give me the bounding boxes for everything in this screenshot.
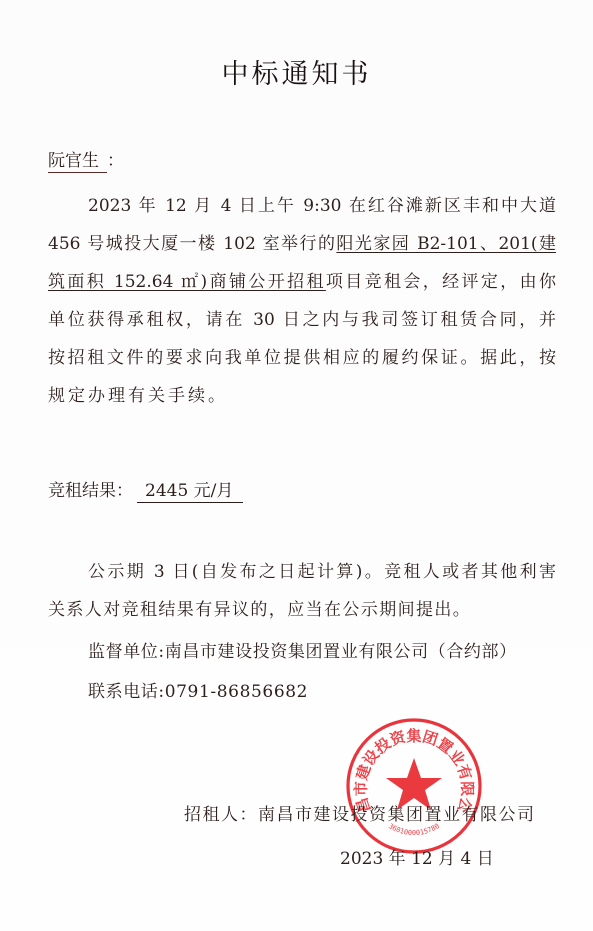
- document-title: 中标通知书: [0, 52, 593, 91]
- contact-phone: 联系电话:0791-86856682: [88, 681, 308, 703]
- bid-result-value: 2445 元/月: [137, 480, 243, 503]
- body-line-4: 单位获得承租权，请在 30 日之内与我司签订租赁合同，并: [48, 309, 556, 331]
- official-seal-icon: 南昌市建设投资集团置业有限公司 3601000015780: [344, 716, 484, 856]
- bid-result-label: 竞租结果：: [48, 481, 133, 501]
- addressee-name: 阮官生: [48, 150, 107, 173]
- document-page: 中标通知书 阮官生： 2023 年 12 月 4 日上午 9:30 在红谷滩新区…: [0, 0, 593, 931]
- addressee-colon: ：: [107, 151, 124, 171]
- lessor-signature: 招租人：南昌市建设投资集团置业有限公司: [184, 800, 536, 825]
- project-name-part-2: 筑面积 152.64 ㎡)商铺公开招租: [48, 272, 326, 292]
- notice-line-2: 关系人对竞租结果有异议的，应当在公示期间提出。: [48, 599, 471, 621]
- project-name-part-1: 阳光家园 B2-101、201(建: [336, 234, 556, 254]
- body-line-3-suffix: 项目竞租会，经评定，由你: [326, 272, 556, 292]
- issue-date: 2023 年 12 月 4 日: [340, 844, 494, 869]
- body-line-3: 筑面积 152.64 ㎡)商铺公开招租项目竞租会，经评定，由你: [48, 271, 556, 293]
- body-line-6: 规定办理有关手续。: [48, 385, 228, 407]
- supervisor-unit: 监督单位:南昌市建设投资集团置业有限公司（合约部）: [88, 641, 517, 663]
- body-line-5: 按招租文件的要求向我单位提供相应的履约保证。据此，按: [48, 347, 556, 369]
- body-line-2: 456 号城投大厦一楼 102 室举行的阳光家园 B2-101、201(建: [48, 233, 556, 255]
- bid-result: 竞租结果：2445 元/月: [48, 480, 243, 503]
- notice-line-1: 公示期 3 日(自发布之日起计算)。竞租人或者其他利害: [88, 561, 556, 583]
- body-line-1: 2023 年 12 月 4 日上午 9:30 在红谷滩新区丰和中大道: [88, 195, 556, 217]
- addressee: 阮官生：: [48, 150, 124, 173]
- body-line-2-prefix: 456 号城投大厦一楼 102 室举行的: [48, 234, 336, 254]
